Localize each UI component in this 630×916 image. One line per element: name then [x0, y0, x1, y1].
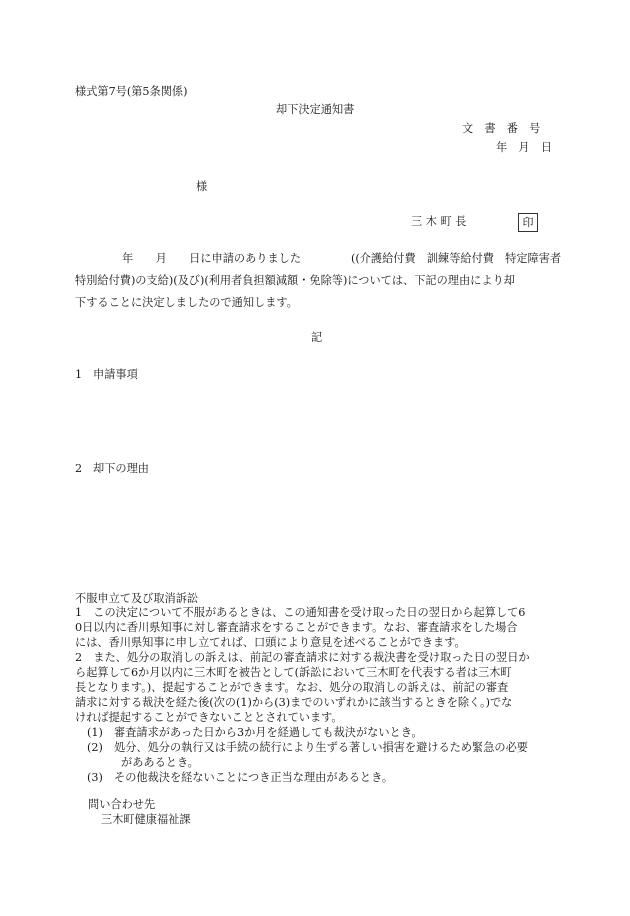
addressee-suffix: 様 [196, 180, 207, 194]
form-number: 様式第7号(第5条関係) [75, 85, 187, 99]
appeal-item-2-line: ければ提起することができないこととされています。 [75, 711, 343, 725]
ki-label: 記 [311, 331, 322, 345]
appeal-heading: 不服申立て及び取消訴訟 [75, 592, 198, 606]
issuer: 三 木 町 長 [411, 215, 466, 229]
appeal-item-1-line: 1 この決定について不服があるときは、この通知書を受け取った日の翌日から起算して… [75, 606, 525, 620]
appeal-item-2-line: 請求に対する裁決を経た後(次の(1)から(3)までのいずれかに該当するときを除く… [75, 696, 512, 710]
body-line-1-rest: ((介護給付費 訓練等給付費 特定障害者 [351, 252, 561, 266]
appeal-subitem-2-cont: がああるとき。 [121, 756, 199, 770]
section-2-label: 却下の理由 [93, 462, 149, 476]
body-line-1-date: 年 月 日に申請のありました [122, 252, 301, 266]
contact-label: 問い合わせ先 [88, 798, 155, 812]
section-2-number: 2 [75, 462, 82, 476]
document-number-label: 文 書 番 号 [462, 122, 540, 136]
appeal-item-2-line: ら起算して6か月以内に三木町を被告として(訴訟において三木町を代表する者は三木町 [75, 666, 512, 680]
section-1-label: 申請事項 [93, 368, 138, 382]
date-label: 年 月 日 [496, 141, 552, 155]
appeal-subitem-2: (2) 処分、処分の執行又は手続の続行により生ずる著しい損害を避けるため緊急の必… [87, 741, 528, 755]
body-line-3: 下することに決定しましたので通知します。 [75, 296, 298, 310]
body-line-2: 特別給付費)の支給)(及び)(利用者負担額減額・免除等)については、下記の理由に… [75, 274, 515, 288]
section-1-number: 1 [75, 368, 82, 382]
appeal-item-2-line: 長となります。)、提起することができます。なお、処分の取消しの訴えは、前記の審査 [75, 681, 508, 695]
document-title: 却下決定通知書 [276, 103, 354, 117]
appeal-item-2-line: 2 また、処分の取消しの訴えは、前記の審査請求に対する裁決書を受け取った日の翌日… [75, 651, 530, 665]
appeal-subitem-3: (3) その他裁決を経ないことにつき正当な理由があるとき。 [87, 771, 393, 785]
appeal-item-1-line: 0日以内に香川県知事に対し審査請求をすることができます。なお、審査請求をした場合 [75, 621, 518, 635]
contact-department: 三木町健康福祉課 [101, 813, 191, 827]
appeal-item-1-line: には、香川県知事に申し立てれば、口頭により意見を述べることができます。 [75, 636, 466, 650]
seal-stamp: 印 [518, 213, 538, 232]
appeal-subitem-1: (1) 審査請求があった日から3か月を経過しても裁決がないとき。 [87, 726, 423, 740]
